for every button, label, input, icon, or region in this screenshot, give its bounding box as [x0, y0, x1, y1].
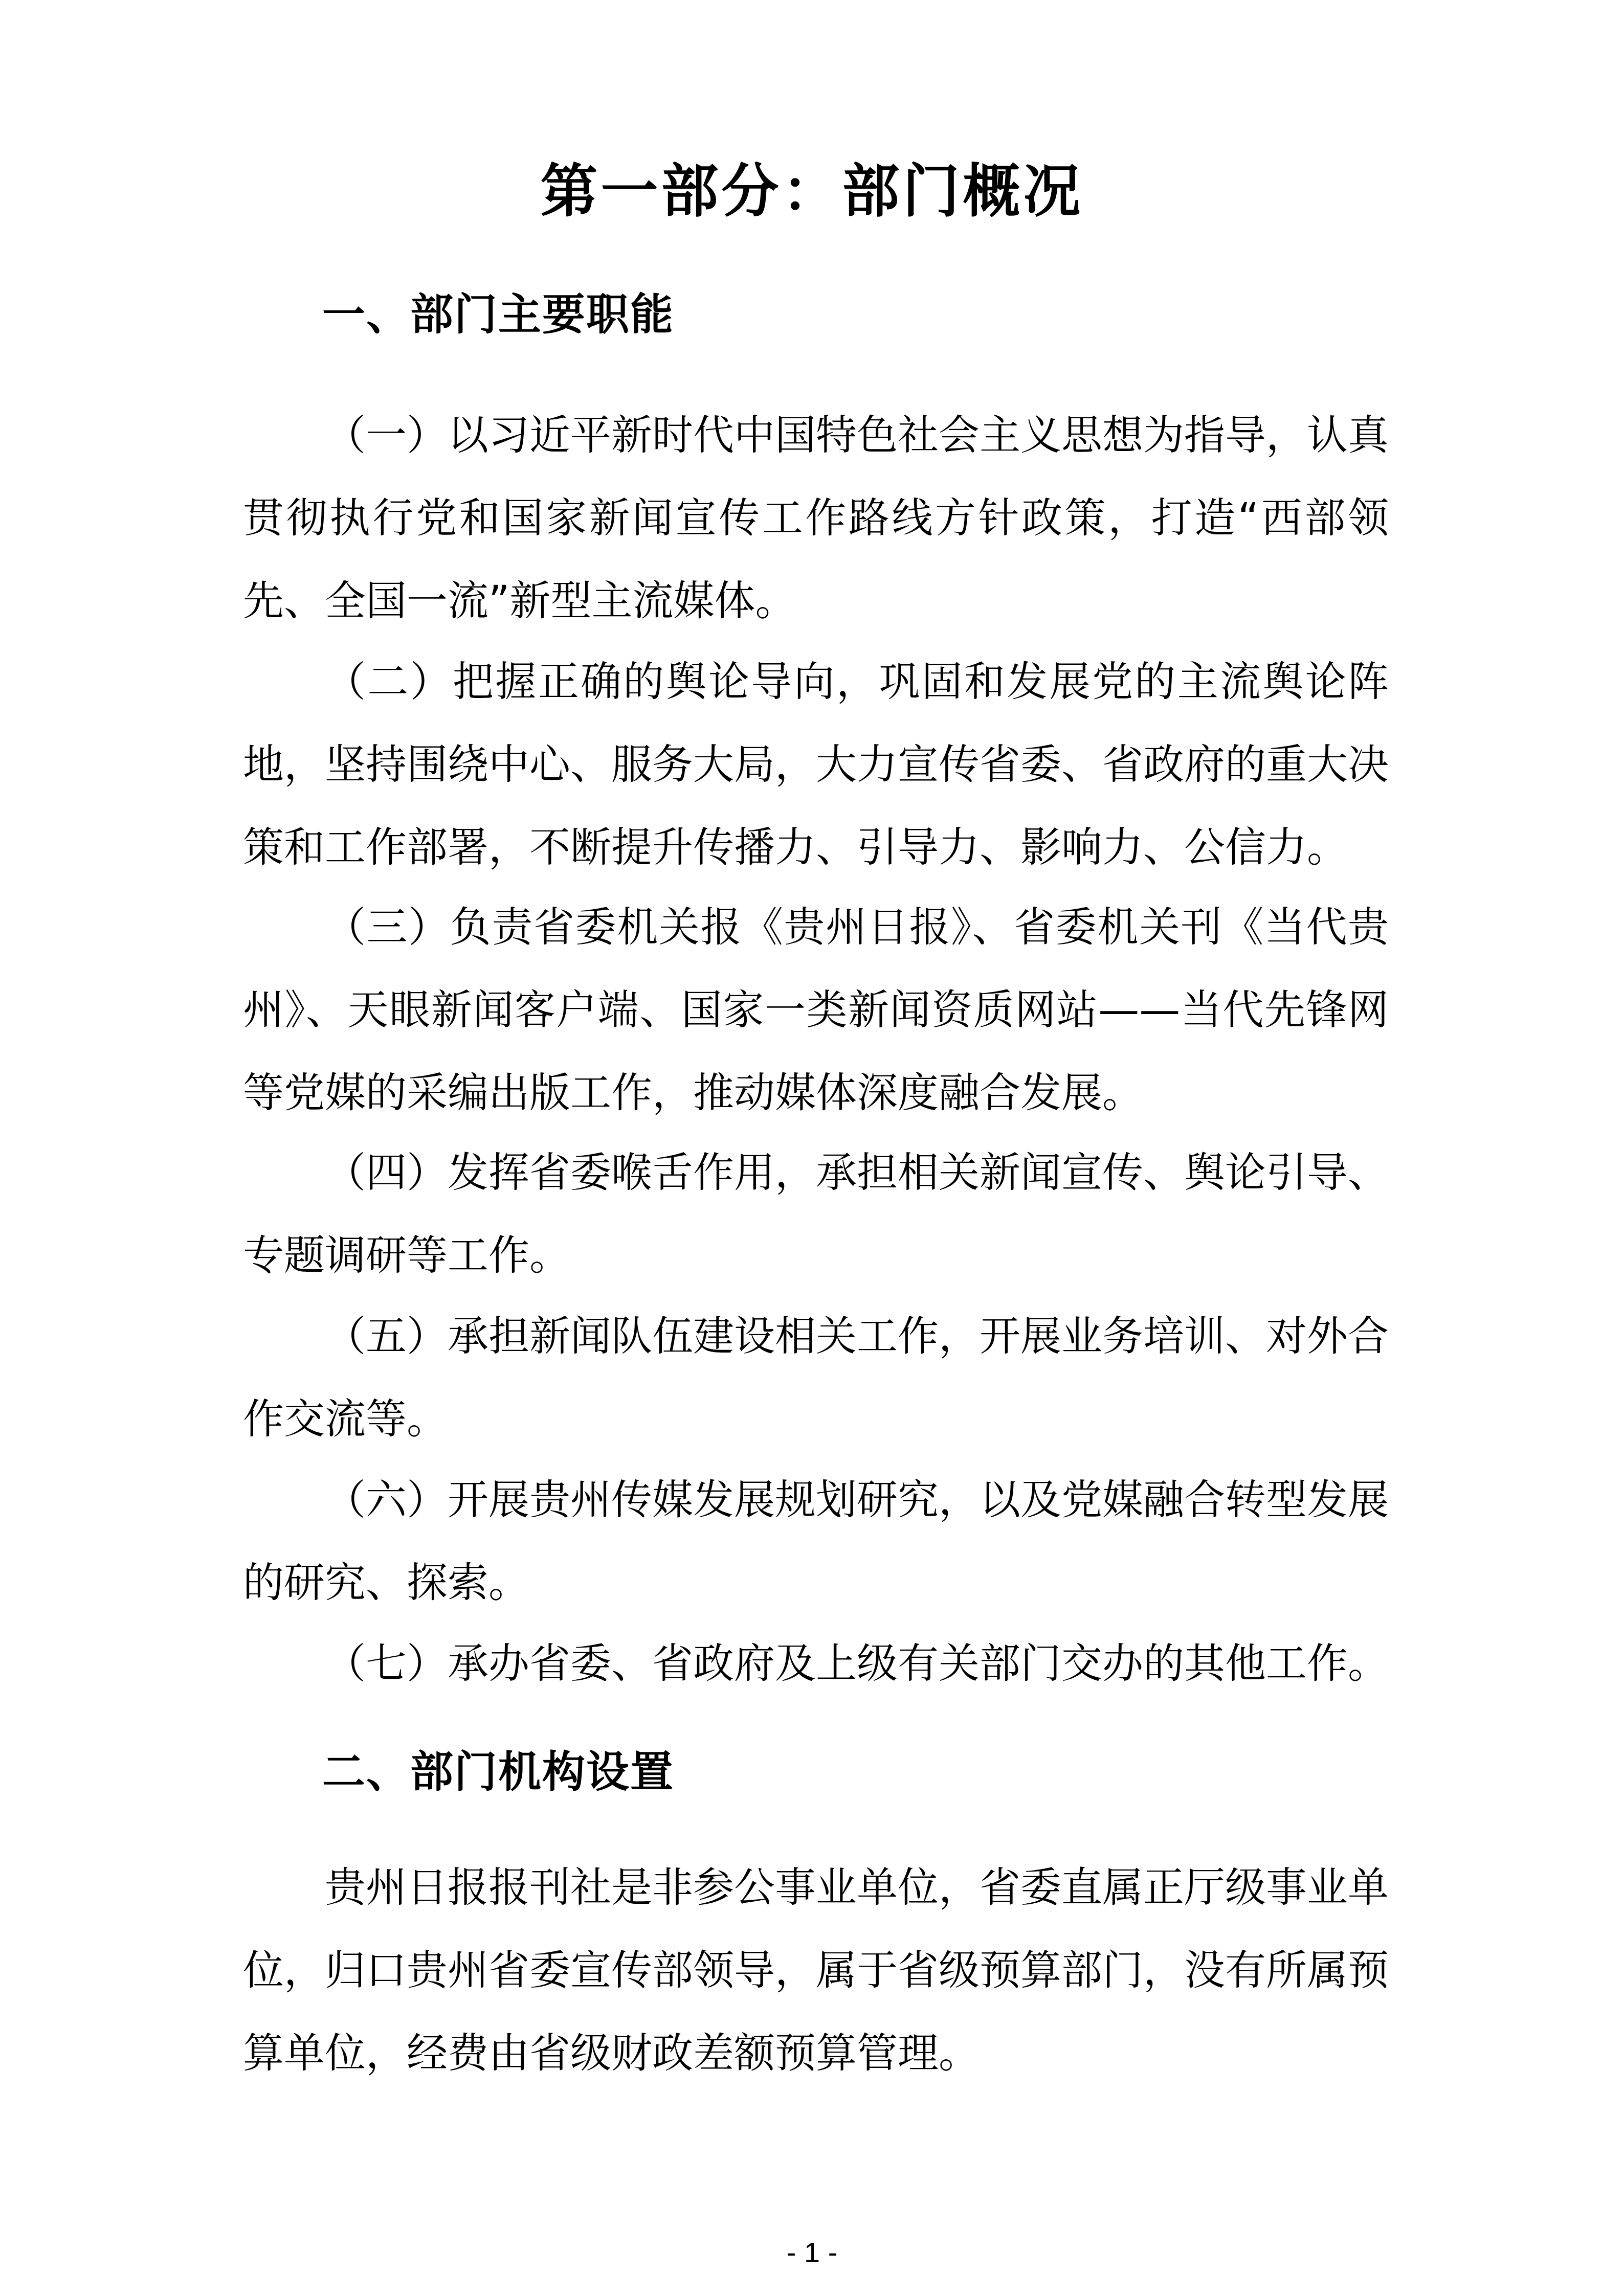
paragraph-line: （六）开展贵州传媒发展规划研究，以及党媒融合转型发展	[243, 1458, 1389, 1541]
paragraph-line: 策和工作部署，不断提升传播力、引导力、影响力、公信力。	[243, 806, 1389, 889]
paragraph-line: 地，坚持围绕中心、服务大局，大力宣传省委、省政府的重大决	[243, 723, 1389, 806]
paragraph-function-7: （七）承办省委、省政府及上级有关部门交办的其他工作。	[243, 1622, 1389, 1705]
paragraph-line: 专题调研等工作。	[243, 1214, 1389, 1297]
document-page: 第一部分：部门概况 一、部门主要职能 （一）以习近平新时代中国特色社会主义思想为…	[0, 0, 1624, 2296]
paragraph-line: 位，归口贵州省委宣传部领导，属于省级预算部门，没有所属预	[243, 1929, 1389, 2012]
page-number: - 1 -	[0, 2235, 1624, 2270]
paragraph-line: 州》、天眼新闻客户端、国家一类新闻资质网站——当代先锋网	[243, 969, 1389, 1051]
paragraph-line: 的研究、探索。	[243, 1541, 1389, 1624]
paragraph-line: 先、全国一流”新型主流媒体。	[243, 559, 1389, 642]
paragraph-function-6: （六）开展贵州传媒发展规划研究，以及党媒融合转型发展 的研究、探索。	[243, 1458, 1389, 1624]
section-heading-functions: 一、部门主要职能	[322, 286, 674, 343]
paragraph-function-4: （四）发挥省委喉舌作用，承担相关新闻宣传、舆论引导、 专题调研等工作。	[243, 1131, 1389, 1297]
paragraph-line: 作交流等。	[243, 1378, 1389, 1460]
paragraph-line: （七）承办省委、省政府及上级有关部门交办的其他工作。	[243, 1622, 1389, 1705]
paragraph-function-3: （三）负责省委机关报《贵州日报》、省委机关刊《当代贵 州》、天眼新闻客户端、国家…	[243, 886, 1389, 1134]
paragraph-line: （五）承担新闻队伍建设相关工作，开展业务培训、对外合	[243, 1295, 1389, 1378]
paragraph-line: 算单位，经费由省级财政差额预算管理。	[243, 2012, 1389, 2095]
paragraph-line: 贵州日报报刊社是非参公事业单位，省委直属正厅级事业单	[243, 1846, 1389, 1929]
paragraph-line: 等党媒的采编出版工作，推动媒体深度融合发展。	[243, 1051, 1389, 1134]
section-heading-organization: 二、部门机构设置	[322, 1744, 674, 1800]
paragraph-function-2: （二）把握正确的舆论导向，巩固和发展党的主流舆论阵 地，坚持围绕中心、服务大局，…	[243, 640, 1389, 889]
paragraph-line: （一）以习近平新时代中国特色社会主义思想为指导，认真	[243, 394, 1389, 477]
paragraph-line: （二）把握正确的舆论导向，巩固和发展党的主流舆论阵	[243, 640, 1389, 723]
paragraph-line: （三）负责省委机关报《贵州日报》、省委机关刊《当代贵	[243, 886, 1389, 969]
paragraph-line: （四）发挥省委喉舌作用，承担相关新闻宣传、舆论引导、	[243, 1131, 1389, 1214]
paragraph-function-5: （五）承担新闻队伍建设相关工作，开展业务培训、对外合 作交流等。	[243, 1295, 1389, 1460]
paragraph-function-1: （一）以习近平新时代中国特色社会主义思想为指导，认真 贯彻执行党和国家新闻宣传工…	[243, 394, 1389, 642]
page-title: 第一部分：部门概况	[0, 153, 1624, 230]
paragraph-organization: 贵州日报报刊社是非参公事业单位，省委直属正厅级事业单 位，归口贵州省委宣传部领导…	[243, 1846, 1389, 2095]
paragraph-line: 贯彻执行党和国家新闻宣传工作路线方针政策，打造“西部领	[243, 477, 1389, 559]
